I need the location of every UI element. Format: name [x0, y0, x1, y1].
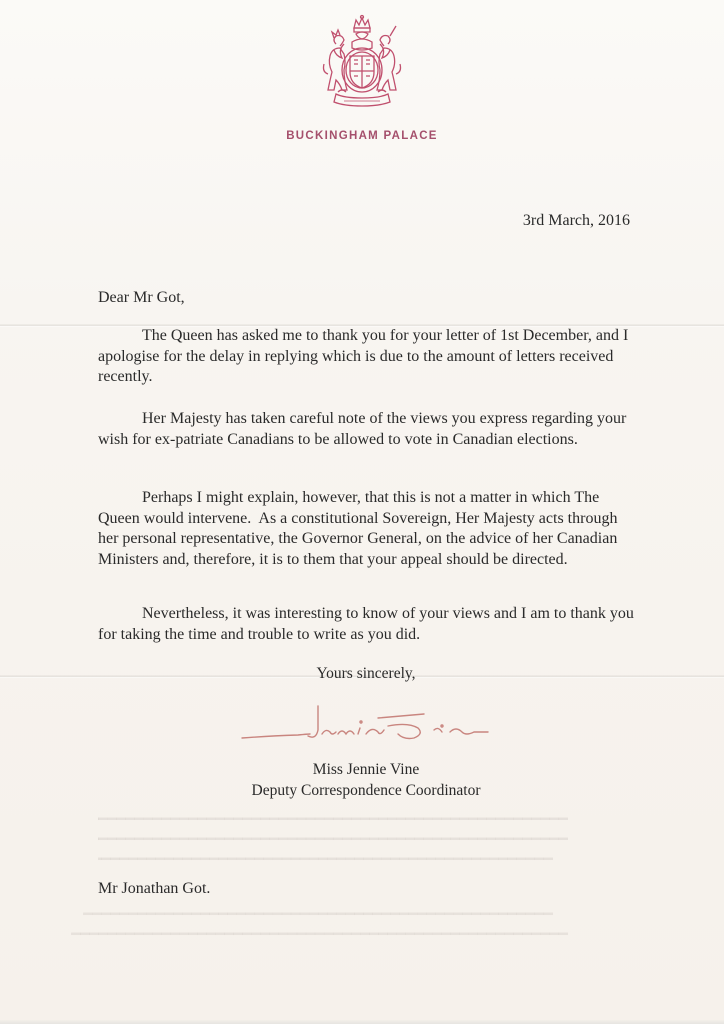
- royal-coat-of-arms-icon: [314, 14, 410, 110]
- salutation: Dear Mr Got,: [98, 289, 185, 307]
- body-paragraph: The Queen has asked me to thank you for …: [98, 326, 638, 388]
- signer-name: Miss Jennie Vine: [0, 761, 724, 779]
- letter-date: 3rd March, 2016: [523, 212, 630, 230]
- recipient-name: Mr Jonathan Got.: [98, 880, 210, 898]
- paragraph-text: Nevertheless, it was interesting to know…: [98, 605, 634, 643]
- closing: Yours sincerely,: [0, 665, 724, 683]
- paragraph-text: Perhaps I might explain, however, that t…: [98, 489, 621, 568]
- signer-title: Deputy Correspondence Coordinator: [0, 782, 724, 800]
- paragraph-text: Her Majesty has taken careful note of th…: [98, 410, 626, 448]
- body-paragraph: Her Majesty has taken careful note of th…: [98, 409, 638, 450]
- paragraph-text: The Queen has asked me to thank you for …: [98, 327, 628, 385]
- paper-bottom-edge: [0, 1020, 724, 1024]
- body-paragraph: Perhaps I might explain, however, that t…: [98, 488, 638, 570]
- letterhead-title: BUCKINGHAM PALACE: [0, 130, 724, 142]
- body-paragraph: Nevertheless, it was interesting to know…: [98, 604, 638, 645]
- handwritten-signature-icon: [238, 700, 518, 750]
